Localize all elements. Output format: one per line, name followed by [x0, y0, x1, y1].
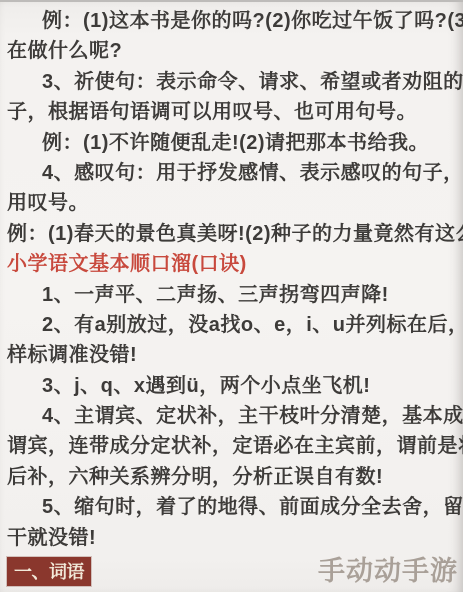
- document-body: 例：(1)这本书是你的吗?(2)你吃过午饭了吗?(3)他在做什么呢?3、祈使句：…: [0, 2, 463, 553]
- watermark: 手动动手游: [318, 549, 458, 588]
- text-line: 用叹号。: [0, 188, 463, 218]
- text-line: 谓宾，连带成分定状补，定语必在主宾前，谓前是状谓: [0, 431, 463, 461]
- text-line: 1、一声平、二声扬、三声拐弯四声降!: [0, 280, 463, 310]
- doc-red-heading: 小学语文基本顺口溜(口诀): [0, 249, 463, 279]
- section-header: 一、词语: [7, 557, 91, 586]
- document-page: 例：(1)这本书是你的吗?(2)你吃过午饭了吗?(3)他在做什么呢?3、祈使句：…: [0, 0, 463, 592]
- text-line: 在做什么呢?: [0, 36, 463, 66]
- text-line: 样标调准没错!: [0, 340, 463, 370]
- text-line: 后补，六种关系辨分明，分析正误自有数!: [0, 462, 463, 492]
- text-line: 5、缩句时，着了的地得、前面成分全去舍，留下主: [0, 492, 463, 522]
- text-line: 3、祈使句：表示命令、请求、希望或者劝阻的句: [0, 67, 463, 97]
- text-line: 2、有a别放过，没a找o、e，i、u并列标在后，这: [0, 310, 463, 340]
- text-line: 例：(1)不许随便乱走!(2)请把那本书给我。: [0, 128, 463, 158]
- text-line: 4、感叹句：用于抒发感情、表示感叹的句子，句尾: [0, 158, 463, 188]
- text-line: 例：(1)这本书是你的吗?(2)你吃过午饭了吗?(3)他: [0, 6, 463, 36]
- text-line: 3、j、q、x遇到ü，两个小点坐飞机!: [0, 371, 463, 401]
- text-line: 子，根据语句语调可以用叹号、也可用句号。: [0, 97, 463, 127]
- text-line: 例：(1)春天的景色真美呀!(2)种子的力量竟然有这么大!: [0, 219, 463, 249]
- text-line: 4、主谓宾、定状补，主干枝叶分清楚，基本成分主: [0, 401, 463, 431]
